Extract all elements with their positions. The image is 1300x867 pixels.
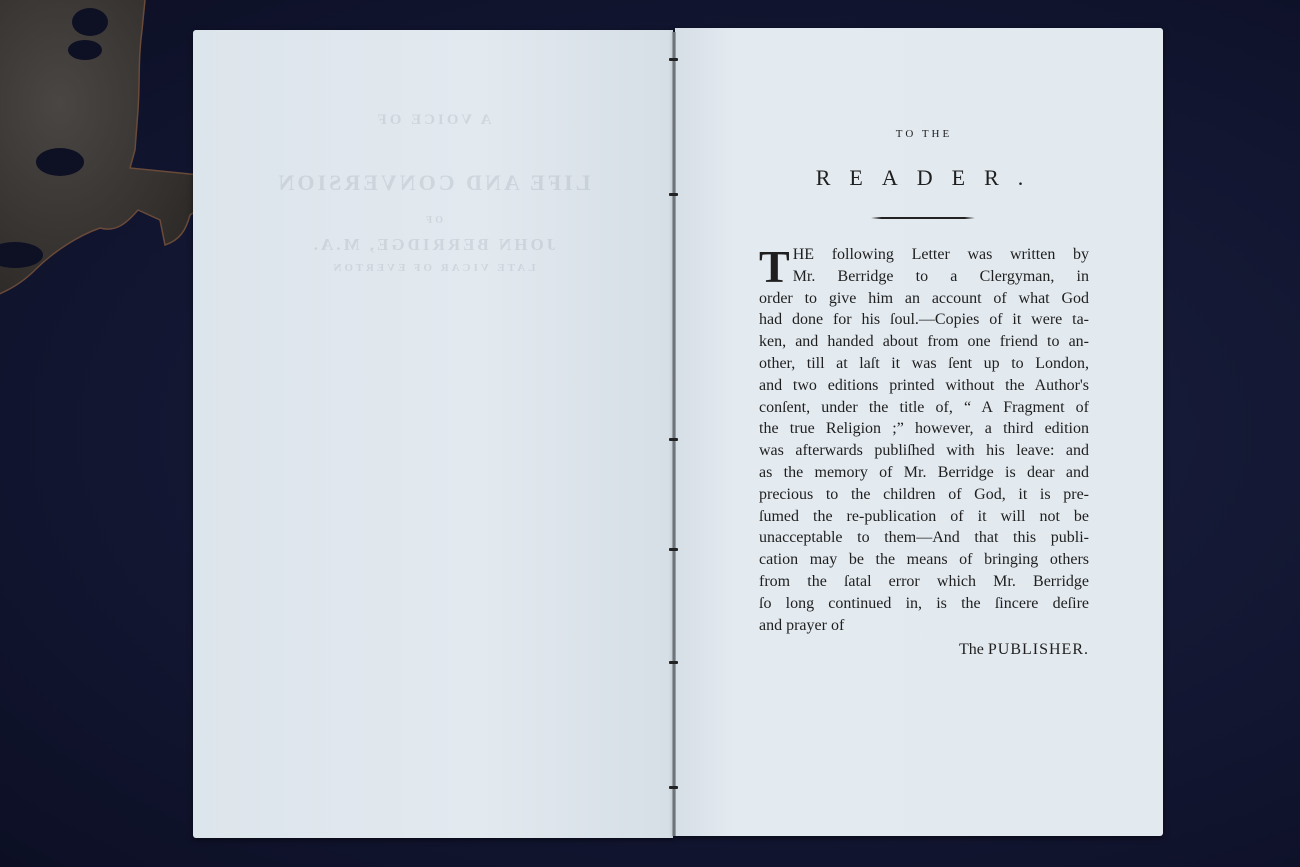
- show-through-line: OF: [193, 215, 673, 226]
- right-page: TO THE READER. T HE following Letter was…: [675, 28, 1163, 836]
- binding-stitch: [669, 438, 678, 441]
- iron-ornament: [0, 0, 215, 305]
- text-line: other, till at laſt it was ſent up to Lo…: [759, 353, 1089, 375]
- text-line: from the ſatal error which Mr. Berridge: [759, 571, 1089, 593]
- signature: The PUBLISHER.: [759, 639, 1089, 661]
- text-line: cation may be the means of bringing othe…: [759, 549, 1089, 571]
- text-line: as the memory of Mr. Berridge is dear an…: [759, 462, 1089, 484]
- page-title: READER.: [759, 165, 1089, 191]
- text-line: conſent, under the title of, “ A Fragmen…: [759, 397, 1089, 419]
- text-line: and prayer of: [759, 615, 1089, 637]
- dropcap: T: [759, 248, 790, 286]
- title-rule: [871, 217, 975, 219]
- heading-small: TO THE: [759, 128, 1089, 140]
- signature-the: The: [959, 641, 984, 658]
- binding-stitch: [669, 193, 678, 196]
- text-line: ſo long continued in, is the ſincere deſ…: [759, 593, 1089, 615]
- show-through-line: JOHN BERRIDGE, M.A.: [193, 235, 673, 255]
- left-page: A VOICE OF LIFE AND CONVERSION OF JOHN B…: [193, 30, 673, 838]
- text-line: unacceptable to them—And that this publi…: [759, 527, 1089, 549]
- text-line: the true Religion ;” however, a third ed…: [759, 418, 1089, 440]
- show-through-line: A VOICE OF: [193, 112, 673, 129]
- text-line: precious to the children of God, it is p…: [759, 484, 1089, 506]
- binding-stitch: [669, 661, 678, 664]
- text-line: and two editions printed without the Aut…: [759, 375, 1089, 397]
- signature-publisher: PUBLISHER.: [988, 641, 1089, 658]
- binding-stitch: [669, 786, 678, 789]
- text-line: ken, and handed about from one friend to…: [759, 331, 1089, 353]
- binding-stitch: [669, 58, 678, 61]
- text-line: was afterwards publiſhed with his leave:…: [759, 440, 1089, 462]
- show-through-line: LIFE AND CONVERSION: [193, 170, 673, 196]
- text-line: HE following Letter was written by: [759, 244, 1089, 266]
- show-through-line: LATE VICAR OF EVERTON: [193, 262, 673, 274]
- open-book: A VOICE OF LIFE AND CONVERSION OF JOHN B…: [193, 28, 1163, 838]
- text-line: had done for his ſoul.—Copies of it were…: [759, 309, 1089, 331]
- binding-stitch: [669, 548, 678, 551]
- text-line: Mr. Berridge to a Clergyman, in: [759, 266, 1089, 288]
- body-text: T HE following Letter was written by Mr.…: [759, 244, 1089, 661]
- book-gutter: [672, 32, 676, 836]
- text-line: ſumed the re-publication of it will not …: [759, 506, 1089, 528]
- text-line: order to give him an account of what God: [759, 288, 1089, 310]
